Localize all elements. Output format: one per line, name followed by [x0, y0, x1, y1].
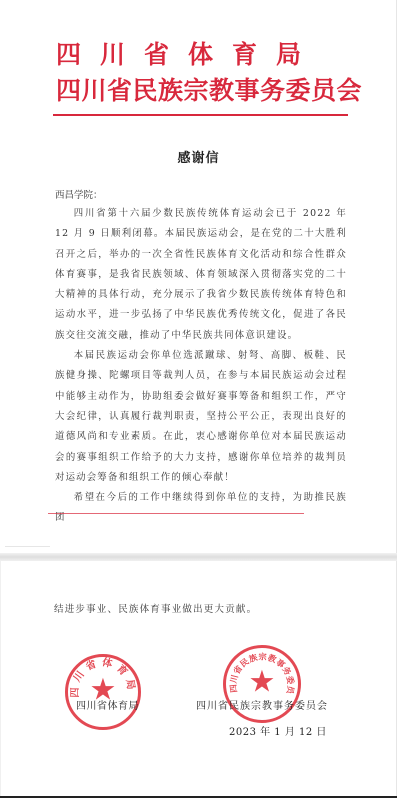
letterhead-ethnic-affairs-commission: 四川省民族宗教事务委员会 — [56, 76, 346, 106]
signature-sports-bureau: 四川省体育局 — [76, 697, 139, 712]
letter-title: 感谢信 — [0, 147, 397, 166]
paragraph-3-continuation: 结进步事业、民族体育事业做出更大贡献。 — [54, 601, 257, 615]
paragraph-2: 本届民族运动会你单位选派蹴球、射弩、高脚、板鞋、民族健身操、陀螺项目等裁判人员，… — [55, 346, 347, 488]
letterhead-sports-bureau: 四川省体育局 — [56, 40, 346, 70]
star-icon: ★ — [249, 668, 276, 698]
paragraph-1: 四川省第十六届少数民族传统体育运动会已于 2022 年 12 月 9 日顺利闭幕… — [55, 204, 347, 346]
page-bottom-red-line — [48, 513, 304, 514]
page-separator — [0, 553, 397, 561]
letter-date: 2023 年 1 月 12 日 — [229, 723, 327, 738]
letter-body: 四川省第十六届少数民族传统体育运动会已于 2022 年 12 月 9 日顺利闭幕… — [55, 204, 347, 529]
document-page-1: 四川省体育局 四川省民族宗教事务委员会 感谢信 西昌学院： 四川省第十六届少数民… — [0, 0, 397, 555]
salutation: 西昌学院： — [55, 187, 103, 201]
paragraph-3: 希望在今后的工作中继续得到你单位的支持，为助推民族团 — [55, 488, 347, 529]
letterhead-divider — [53, 114, 348, 116]
page-edge-mark — [5, 546, 50, 547]
official-seal-sports-bureau: 四川省体育局 ★ — [65, 654, 141, 730]
document-page-2: 结进步事业、民族体育事业做出更大贡献。 四川省体育局 ★ 四川省民族宗教事务委员… — [0, 561, 397, 798]
signature-ethnic-affairs-commission: 四川省民族宗教事务委员会 — [196, 697, 328, 712]
